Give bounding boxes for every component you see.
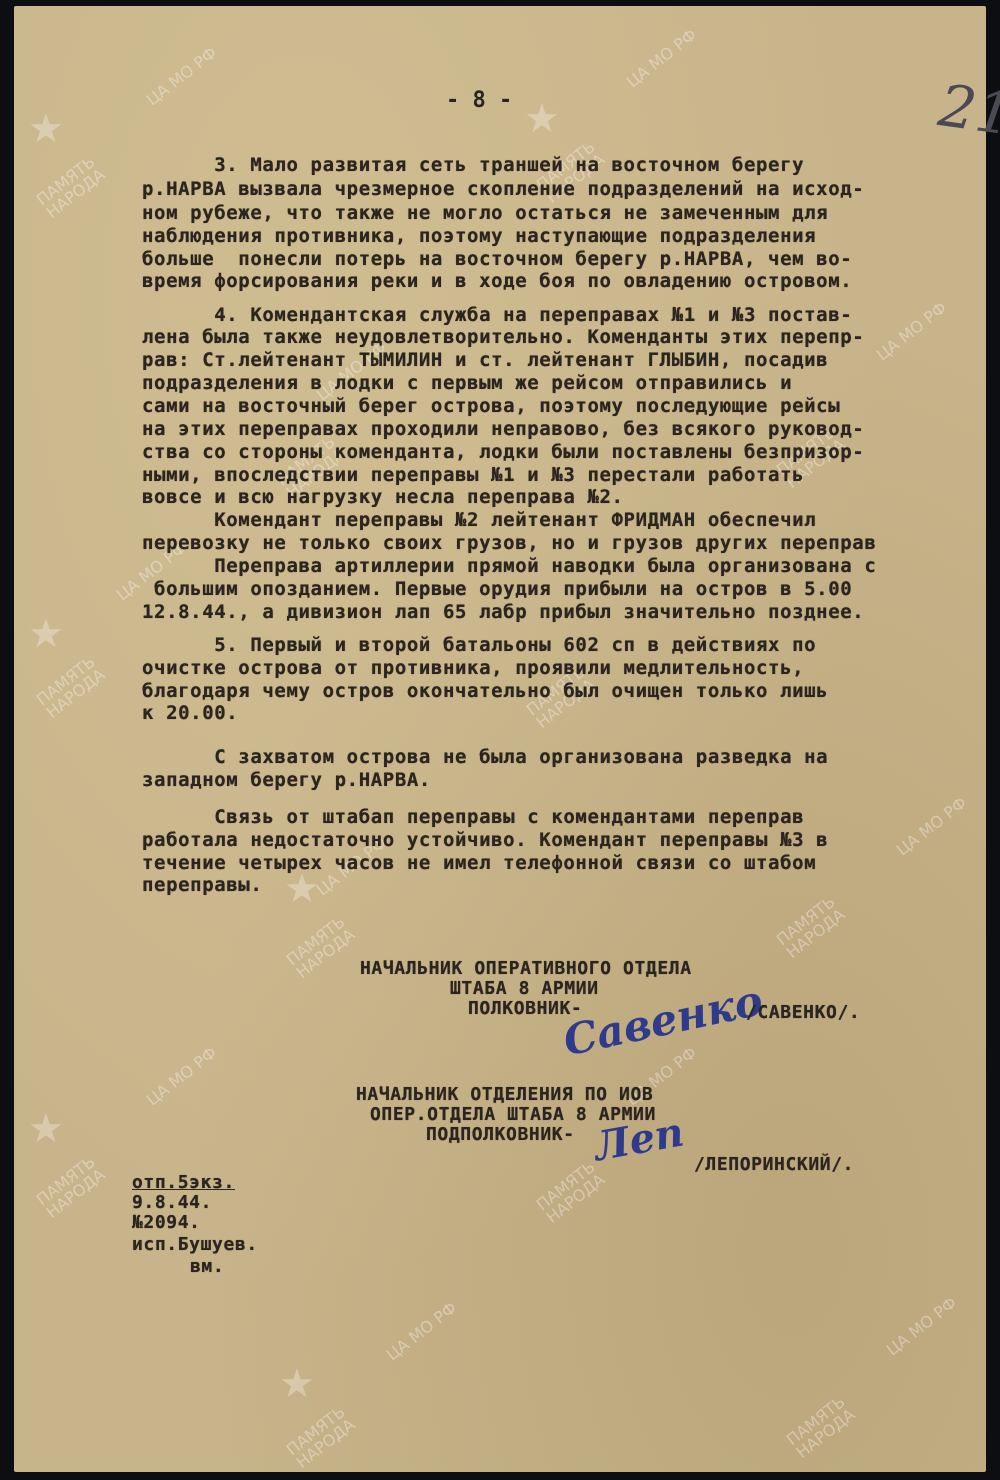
star-icon: ★ — [28, 611, 64, 657]
watermark-archive: ЦА МО РФ — [144, 1045, 220, 1109]
watermark-project: ПАМЯТЬ НАРОДА — [284, 1404, 358, 1471]
text-line: течение четырех часов не имел телефонной… — [142, 852, 816, 874]
text-line: время форсирования реки и в ходе боя по … — [142, 270, 852, 292]
text-line: большим опозданием. Первые орудия прибыл… — [142, 578, 852, 600]
text-line: подразделения в лодки с первым же рейсом… — [142, 372, 792, 394]
signer-rank: ПОДПОЛКОВНИК- — [426, 1124, 575, 1145]
text-line: 5. Первый и второй батальоны 602 сп в де… — [142, 634, 816, 656]
text-line: р.НАРВА вызвала чрезмерное скопление под… — [142, 178, 864, 200]
watermark-project: ПАМЯТЬ НАРОДА — [34, 1154, 108, 1221]
signer-title: НАЧАЛЬНИК ОПЕРАТИВНОГО ОТДЕЛА — [360, 958, 692, 979]
watermark-project: ПАМЯТЬ НАРОДА — [34, 654, 108, 721]
signer-name: /ЛЕПОРИНСКИЙ/. — [694, 1154, 854, 1175]
text-line: рав: Ст.лейтенант ТЫМИЛИН и ст. лейтенан… — [142, 349, 828, 371]
executor: исп.Бушуев. — [132, 1234, 258, 1255]
watermark-archive: ЦА МО РФ — [884, 1295, 960, 1359]
text-line: 12.8.44., а дивизион лап 65 лабр прибыл … — [142, 601, 864, 623]
signer-unit: ШТАБА 8 АРМИИ — [450, 978, 599, 999]
star-icon: ★ — [279, 1361, 315, 1407]
text-line: работала недостаточно устойчиво. Коменда… — [142, 829, 828, 851]
text-line: 4. Комендантская служба на переправах №1… — [142, 304, 852, 326]
text-line: больше понесли потерь на восточном берег… — [142, 248, 852, 270]
watermark-project: ПАМЯТЬ НАРОДА — [534, 1159, 608, 1226]
text-line: С захватом острова не была организована … — [142, 746, 828, 768]
signer-title: НАЧАЛЬНИК ОТДЕЛЕНИЯ ПО ИОВ — [356, 1084, 653, 1105]
text-line: переправы. — [142, 874, 262, 896]
text-line: западном берегу р.НАРВА. — [142, 769, 431, 791]
text-line: Связь от штабап переправы с комендантами… — [142, 806, 804, 828]
text-line: сами на восточный берег острова, поэтому… — [142, 395, 840, 417]
star-icon: ★ — [28, 106, 64, 152]
watermark-project: ПАМЯТЬ НАРОДА — [284, 914, 358, 981]
text-line: благодаря чему остров окончательно был о… — [142, 680, 828, 702]
watermark-project: ПАМЯТЬ НАРОДА — [774, 894, 848, 961]
text-line: ными, впоследствии переправы №1 и №3 пер… — [142, 464, 804, 486]
text-line: лена была также неудовлетворительно. Ком… — [142, 326, 864, 348]
handwritten-folio-number: 21 — [935, 71, 1000, 149]
text-line: ства со стороны коменданта, лодки были п… — [142, 441, 864, 463]
text-line: вовсе и всю нагрузку несла переправа №2. — [142, 486, 624, 508]
text-line: наблюдения противника, поэтому наступающ… — [142, 225, 816, 247]
text-line: перевозку не только своих грузов, но и г… — [142, 532, 876, 554]
watermark-project: ПАМЯТЬ НАРОДА — [784, 1394, 858, 1461]
document-date: 9.8.44. — [132, 1192, 212, 1213]
page-number: - 8 - — [446, 88, 512, 113]
watermark-archive: ЦА МО РФ — [384, 1300, 460, 1364]
typist-initials: вм. — [190, 1256, 224, 1277]
watermark-archive: ЦА МО РФ — [624, 27, 700, 91]
text-line: Переправа артиллерии прямой наводки была… — [142, 555, 876, 577]
text-line: очистке острова от противника, проявили … — [142, 657, 804, 679]
text-line: 3. Мало развитая сеть траншей на восточн… — [142, 154, 804, 176]
watermark-archive: ЦА МО РФ — [894, 795, 970, 859]
document-page: ЦА МО РФ ЦА МО РФ ★ ПАМЯТЬ НАРОДА ★ ПАМЯ… — [14, 6, 986, 1472]
watermark-archive: ЦА МО РФ — [874, 300, 950, 364]
watermark-archive: ЦА МО РФ — [144, 45, 220, 109]
text-line: ном рубеже, что также не могло остаться … — [142, 202, 828, 224]
star-icon: ★ — [524, 96, 560, 142]
document-number: №2094. — [132, 1212, 201, 1233]
watermark-project: ПАМЯТЬ НАРОДА — [34, 154, 108, 221]
star-icon: ★ — [28, 1106, 64, 1152]
signer-name: /САВЕНКО/. — [746, 1002, 860, 1023]
text-line: на этих переправах проходили неправово, … — [142, 418, 864, 440]
text-line: к 20.00. — [142, 702, 238, 724]
text-line: Комендант переправы №2 лейтенант ФРИДМАН… — [142, 509, 816, 531]
copies-count: отп.5экз. — [132, 1172, 235, 1193]
